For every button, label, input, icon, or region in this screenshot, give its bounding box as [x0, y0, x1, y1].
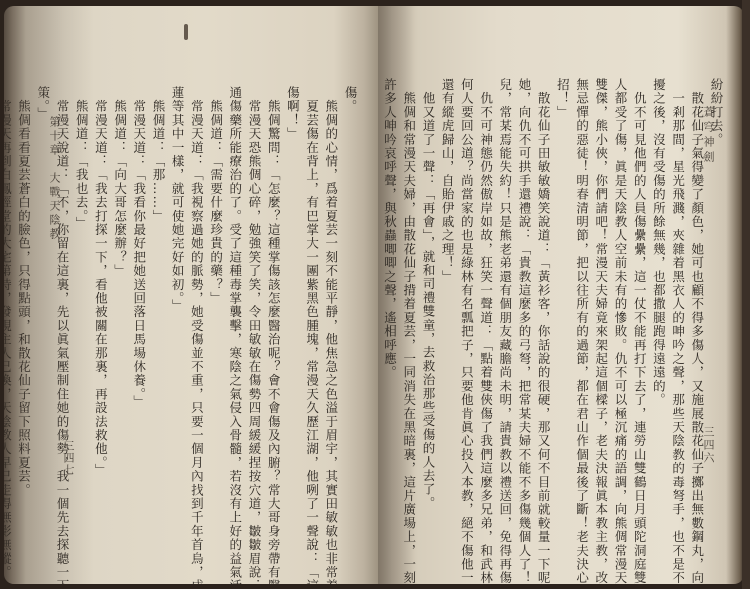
text-column: 常漫天道：「我去打探一下，看他被關在那裏，再設法救他。」 [91, 86, 110, 506]
text-column: 一剎那間，星光飛濺，夾雜着黑衣人的呻吟之聲，那些天陰教的毒弩手，也不是不怕死的，… [668, 78, 687, 498]
text-column: 蓮等其中一樣，就可使她完好如初。」 [168, 86, 187, 506]
text-column: 雙傑，熊小俠，你們請吧！常漫天夫婦竟來架起這個樑子，老夫決報眞本教主教，改日懲罰… [592, 78, 611, 498]
text-column: 兒，常某焉能失約！只是熊老弟還有個朋友藏膽尚未明，請貴教以禮送回，免得再傷和氣！… [496, 78, 515, 498]
text-column: 散花仙子田敏敏嬌笑說道：「黃衫客，你話說的很硬，那又何不目前就較量一下呢？」常漫… [534, 78, 553, 498]
text-column: 常漫天恐熊倜心碎，勉強笑了笑，令田敏敏在傷勢四周緩緩捏按穴道，皺皺眉說：「這自然… [245, 86, 264, 506]
text-column: 熊倜和常漫天夫婦，由散花仙子揹着夏芸，一同消失在黑暗裏，這片廣場上，一刻又歸于寂… [400, 78, 419, 498]
running-head: 蒼穹神劍 [700, 106, 716, 166]
page-edge-shadow [4, 6, 94, 584]
left-page: 傷。 熊倜的心情，爲着夏芸一刻不能平靜，他焦急之色溢于眉宇，其實田敏敏也非常着急… [4, 6, 378, 584]
text-column: 她，向仇不可拱手還禮說：「貴教這麼多的弓弩，把常某夫婦不能不多傷幾個人了！仇不可… [515, 78, 534, 498]
text-column: 常漫天道：「我看你最好把她送回落日馬場休養。」 [130, 86, 149, 506]
text-column: 熊倜道：「向大哥怎麼辦？」 [110, 86, 129, 506]
text-column: 通傷藥所能療治的了。受了這種毒掌襲擊，寒陰之氣侵入骨髓，若沒有上好的益氣活血之藥… [226, 86, 245, 506]
text-column: 還有縱虎歸山，自貽伊戚之理！」 [438, 78, 457, 498]
text-column: 仇不可神態仍然傲岸如故，狂笑一聲道：「點着雙俠傷了我們這麼多兄弟，和武林朋友，仇… [476, 78, 495, 498]
text-column: 仇不可見他們的人員傷纍纍，這一仗不能再打下去了，連勞山雙鶴日月頭陀洞庭雙蛟以及戴… [630, 78, 649, 498]
paper-stain [184, 24, 188, 40]
page-number-right: 三四六 [700, 426, 716, 465]
text-column: 常漫天道：「我視察過她的脈勢，她受傷並不重，只要一個月內找到千年首烏，成形老參，… [187, 86, 206, 506]
scan-edge [742, 0, 750, 589]
text-column: 熊倜道：「需要什麼珍貴的藥？」 [206, 86, 225, 506]
text-column: 熊倜的心情，爲着夏芸一刻不能平靜，他焦急之色溢于眉宇，其實田敏敏也非常着急呢。 [322, 86, 341, 506]
right-page: 紛紛打去。 散花仙子氣得變了顏色，她可也顧不得多傷人，又施展散花仙子擲出無數鋼丸… [378, 6, 744, 584]
text-column: 招！」 [553, 78, 572, 498]
text-column: 擾之後，沒有受傷的所餘無幾，也都撒腿跑得遠遠的。 [649, 78, 668, 498]
text-column: 傷啊！」 [283, 86, 302, 506]
text-column: 夏芸傷在背上，有巴掌大一團紫黑色腫塊，常漫天久歷江湖，他咧了一聲說：「這是惡毒的… [302, 86, 321, 506]
left-page-body: 傷。 熊倜的心情，爲着夏芸一刻不能平靜，他焦急之色溢于眉宇，其實田敏敏也非常着急… [90, 86, 360, 506]
text-column: 無忌憚的惡徒！明春清明節，把以往所有的過節，都在君山作個最後了斷！老夫決心那時奉… [572, 78, 591, 498]
text-column: 他又道了一聲：「再會」，就和司禮雙童，去救治那些受傷的人去了。 [419, 78, 438, 498]
text-column: 人都受了傷，眞是天陰教人空前未有的慘敗。仇不可以極沉痛的語調，向熊倜常漫天拱拱手… [611, 78, 630, 498]
text-column: 傷。 [341, 86, 360, 506]
book-spread: 傷。 熊倜的心情，爲着夏芸一刻不能平靜，他焦急之色溢于眉宇，其實田敏敏也非常着急… [0, 0, 750, 589]
text-column: 許多人呻吟哀呼聲，與秋蟲唧唧之聲，遙相呼應。 [380, 78, 399, 498]
text-column: 何人要回公道？尚當家的也是綠林有名瓢把子，只要他肯眞心投入本教，絕不傷他一毫一髮… [457, 78, 476, 498]
text-column: 熊倜道：「那……」 [149, 86, 168, 506]
text-column: 熊倜驚問：「怎麼？這種掌傷該怎麼醫治呢？會不會傷及內腑？常大哥身旁帶有醫傷的藥麼… [264, 86, 283, 506]
right-page-body: 紛紛打去。 散花仙子氣得變了顏色，她可也顧不得多傷人，又施展散花仙子擲出無數鋼丸… [396, 78, 726, 498]
text-column: 他三人以極快的身法，奔向那雨花台下…… [378, 78, 380, 498]
